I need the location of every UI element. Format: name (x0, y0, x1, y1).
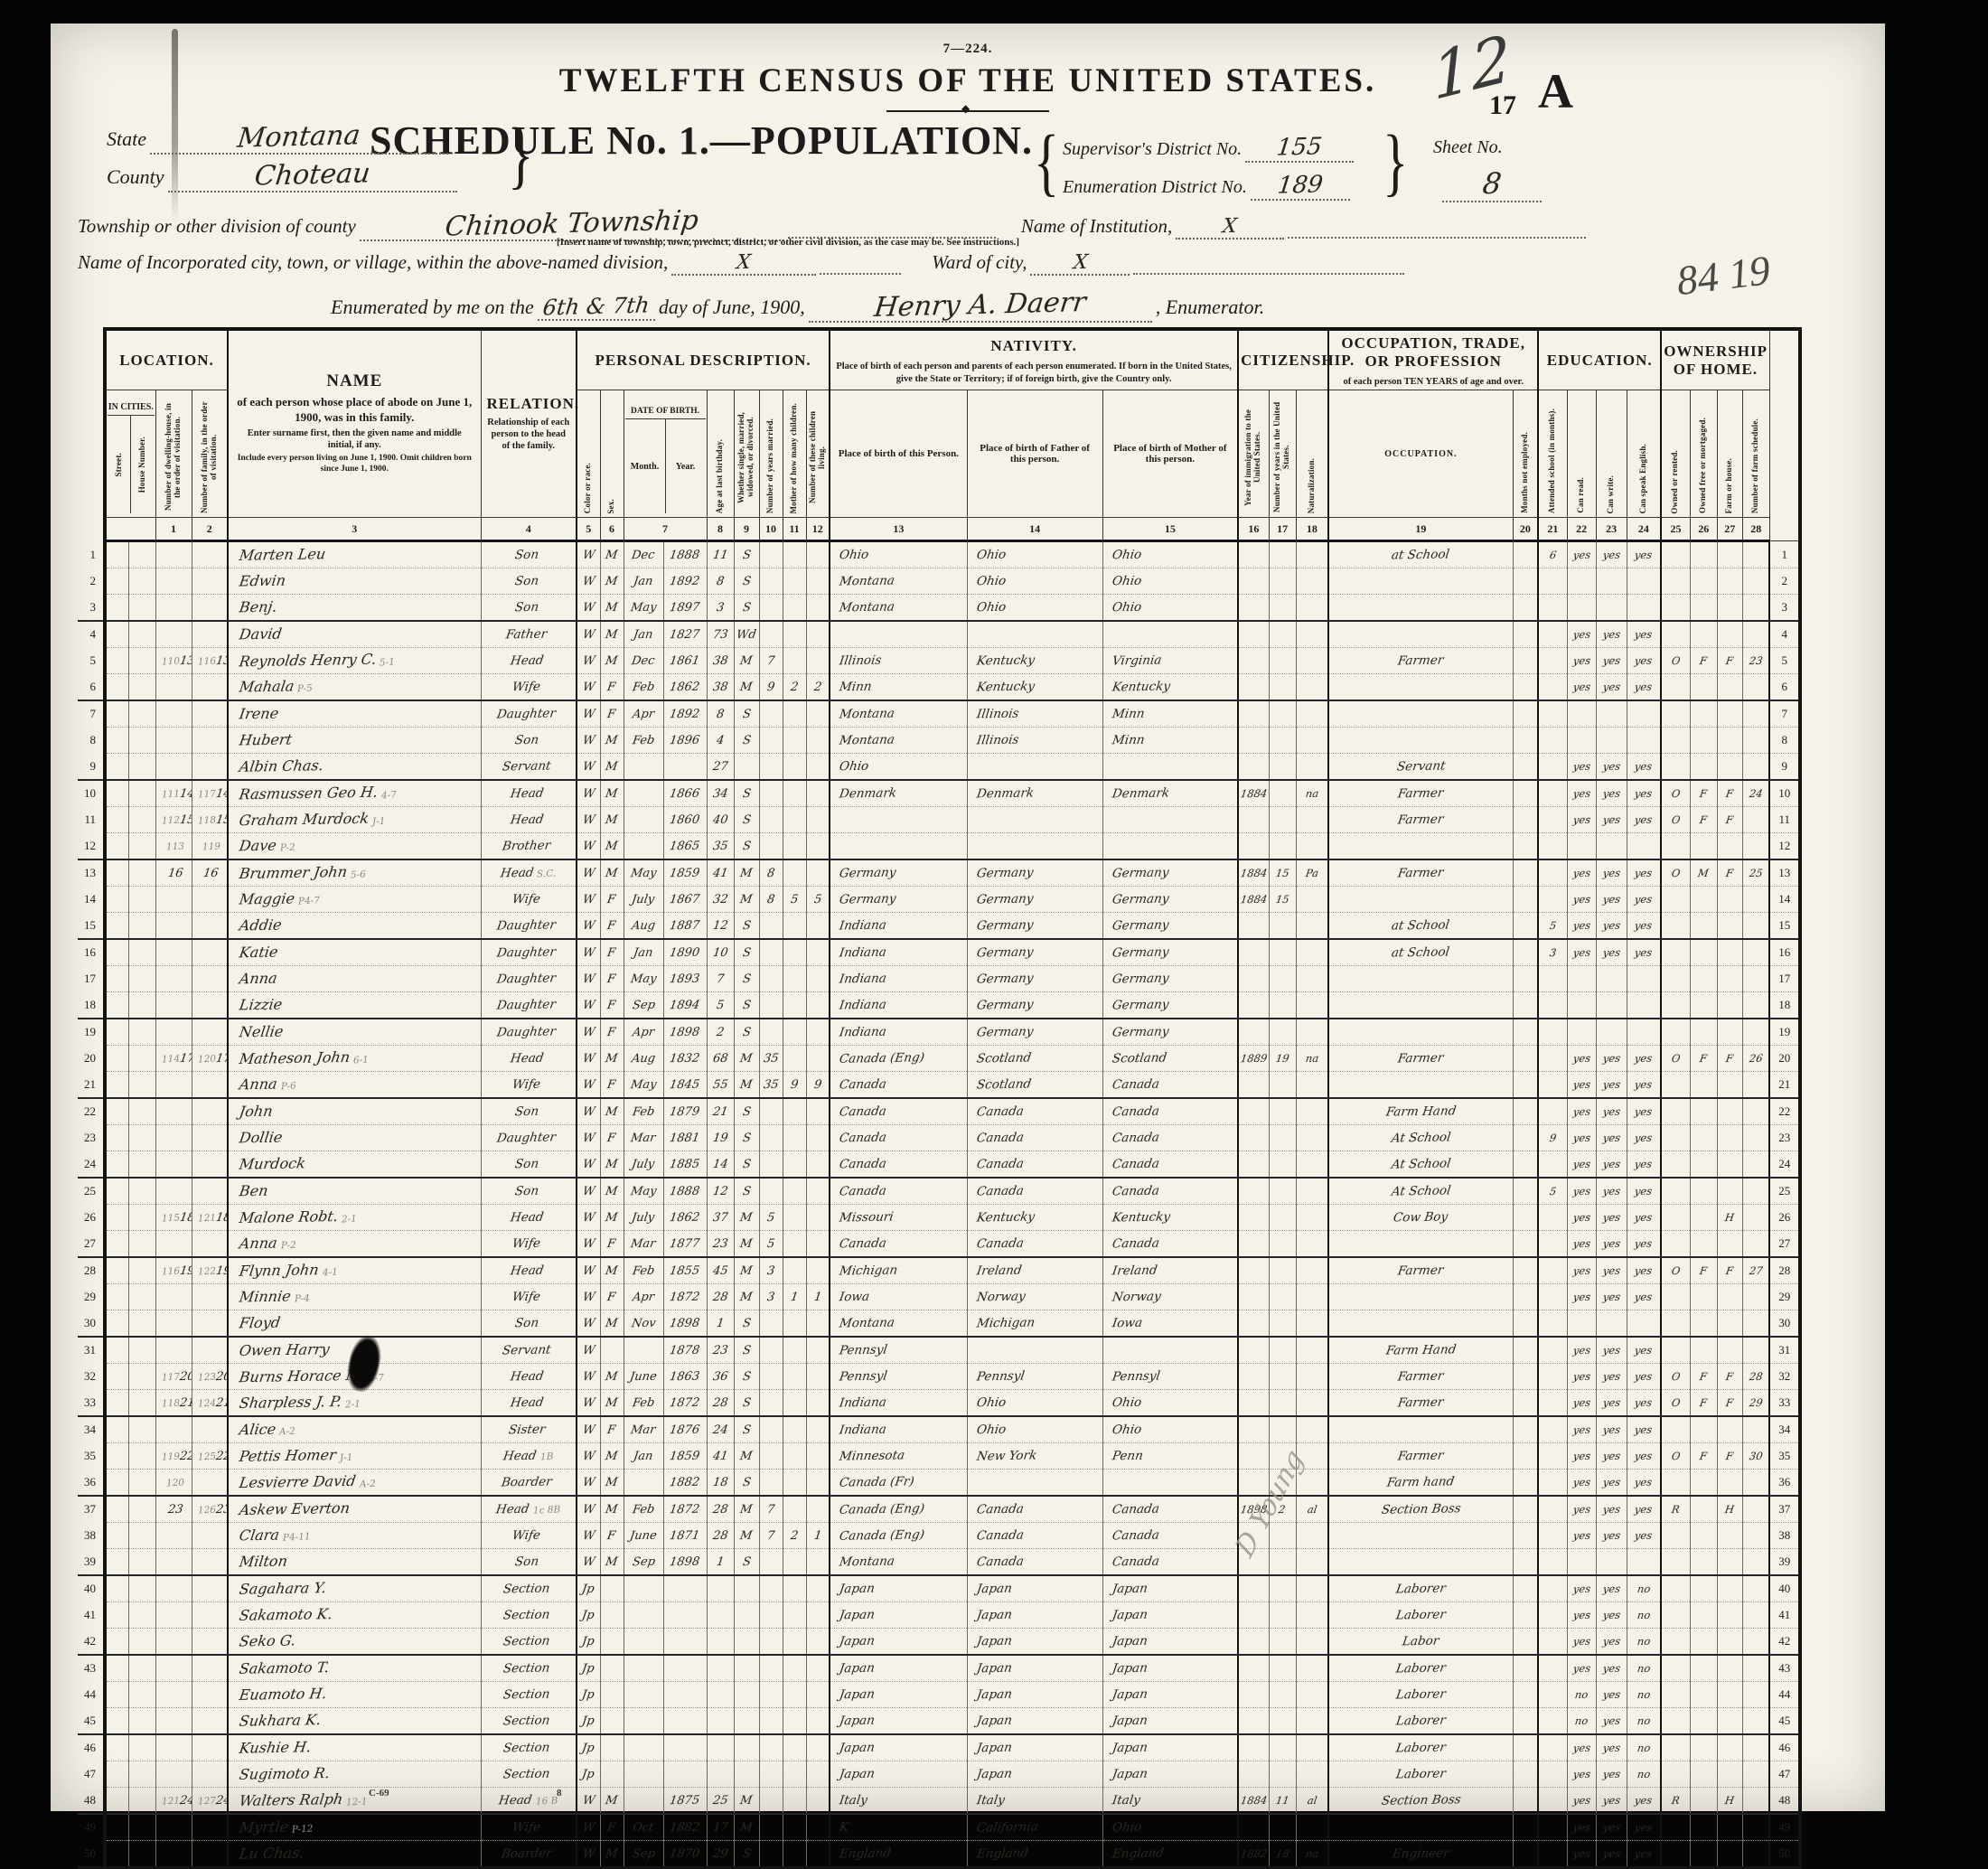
table-row: 18 Lizzie Daughter W F Sep 1894 5 S Indi… (78, 992, 1800, 1019)
cell-marital-status (734, 1682, 759, 1708)
cell-immigration-year (1238, 1151, 1269, 1179)
cell-color-race: W (577, 1841, 600, 1869)
cell-house-number (128, 728, 155, 754)
row-number-left: 18 (78, 992, 105, 1019)
cell-family-number (192, 1655, 228, 1682)
row-number-left: 1 (78, 541, 105, 568)
cell-house-number (128, 1364, 155, 1390)
cell-owned-rented (1661, 541, 1690, 568)
cell-mother-of-children (783, 1761, 806, 1788)
cell-birthplace-father: Japan (967, 1575, 1102, 1602)
cell-farm-house: F (1717, 1046, 1742, 1072)
cell-birth-month: Aug (624, 1046, 663, 1072)
cell-dwelling-number (155, 1125, 192, 1151)
cell-farm-house (1717, 1098, 1742, 1125)
cell-owned-free (1690, 1788, 1717, 1815)
cell-years-married (759, 1629, 783, 1656)
cell-farm-schedule (1742, 1734, 1769, 1761)
census-rows: 1 Marten Leu Son W M Dec 1888 11 S Ohio … (78, 541, 1800, 1869)
cell-months-not-employed (1513, 754, 1538, 781)
cell-family-number (192, 1019, 228, 1046)
cell-marital-status: S (734, 568, 759, 595)
cell-can-read: yes (1567, 1734, 1596, 1761)
corner-blank (78, 329, 105, 390)
cell-occupation: Farmer (1328, 1257, 1513, 1284)
cell-birthplace-person: Indiana (830, 1416, 967, 1443)
cell-immigration-year (1238, 621, 1269, 648)
cell-occupation: Laborer (1328, 1708, 1513, 1735)
cell-can-speak-english: no (1627, 1655, 1661, 1682)
sheet-no-label: Sheet No. (1433, 137, 1503, 158)
row-number-right: 29 (1769, 1284, 1800, 1310)
cell-street (105, 1496, 128, 1523)
cell-years-married: 8 (759, 887, 783, 913)
cell-marital-status: M (734, 648, 759, 674)
cell-color-race: W (577, 1788, 600, 1815)
cell-birthplace-mother: Japan (1102, 1602, 1238, 1629)
cell-color-race: Jp (577, 1734, 600, 1761)
cell-sex: M (600, 1496, 624, 1523)
cell-marital-status (734, 1575, 759, 1602)
cell-birthplace-person: Ohio (830, 541, 967, 568)
cell-occupation: Farmer (1328, 807, 1513, 833)
table-row: 8 Hubert Son W M Feb 1896 4 S Montana Il… (78, 728, 1800, 754)
cell-can-read: yes (1567, 1284, 1596, 1310)
table-row: 42 Seko G. Section Jp Japan Japan Japan (78, 1629, 1800, 1656)
cell-children-living (806, 1470, 830, 1497)
row-number-right: 5 (1769, 648, 1800, 674)
cell-birthplace-father (967, 1337, 1102, 1364)
cell-mother-of-children (783, 807, 806, 833)
cell-birthplace-mother: Germany (1102, 913, 1238, 940)
cell-can-speak-english: yes (1627, 1125, 1661, 1151)
cell-years-married (759, 1470, 783, 1497)
cell-age: 10 (707, 939, 734, 966)
cell-relation: Sister (481, 1416, 577, 1443)
cell-birth-month: Mar (624, 1416, 663, 1443)
cell-birth-month: May (624, 859, 663, 887)
cell-owned-free (1690, 1310, 1717, 1338)
cell-birthplace-person: Japan (830, 1602, 967, 1629)
cell-attended-school (1538, 1257, 1567, 1284)
cell-sex (600, 1708, 624, 1735)
cell-color-race: W (577, 859, 600, 887)
cell-years-married (759, 1178, 783, 1205)
cell-birthplace-father: Ohio (967, 1390, 1102, 1417)
cell-birth-year: 1882 (663, 1814, 707, 1841)
cell-immigration-year (1238, 966, 1269, 992)
cell-immigration-year (1238, 648, 1269, 674)
cell-birth-year: 1892 (663, 700, 707, 728)
table-row: 25 Ben Son W M May 1888 12 S Canada Cana… (78, 1178, 1800, 1205)
group-education: EDUCATION. (1538, 329, 1661, 390)
cell-naturalization (1296, 1761, 1328, 1788)
cell-age: 25 (707, 1788, 734, 1815)
cell-can-speak-english: yes (1627, 1284, 1661, 1310)
cell-age: 24 (707, 1416, 734, 1443)
cell-birthplace-person: Japan (830, 1629, 967, 1656)
row-number-left: 8 (78, 728, 105, 754)
cell-owned-free (1690, 1231, 1717, 1258)
cell-owned-rented (1661, 1310, 1690, 1338)
cell-birth-year (663, 1575, 707, 1602)
cell-years-in-us (1269, 1390, 1296, 1417)
cell-attended-school (1538, 1151, 1567, 1179)
cell-dwelling-number: 11013 (155, 648, 192, 674)
cell-immigration-year (1238, 1416, 1269, 1443)
cell-mother-of-children (783, 1364, 806, 1390)
cell-farm-schedule (1742, 1151, 1769, 1179)
cell-occupation (1328, 1549, 1513, 1576)
col-mother-of-children: Mother of how many children. (783, 390, 806, 518)
cell-family-number: 11613 (192, 648, 228, 674)
cell-immigration-year (1238, 1310, 1269, 1338)
cell-house-number (128, 1151, 155, 1179)
cell-house-number (128, 913, 155, 940)
cell-birthplace-person: Canada (830, 1231, 967, 1258)
cell-months-not-employed (1513, 1072, 1538, 1099)
cell-farm-house (1717, 1708, 1742, 1735)
cell-age: 11 (707, 541, 734, 568)
table-row: 36 120 Lesvierre DavidA-2 Boarder W M 18… (78, 1470, 1800, 1497)
cell-street (105, 1682, 128, 1708)
row-number-right: 37 (1769, 1496, 1800, 1523)
cell-immigration-year (1238, 674, 1269, 701)
cell-marital-status: S (734, 1151, 759, 1179)
cell-farm-house (1717, 1734, 1742, 1761)
cell-name: Irene (228, 700, 481, 728)
cell-color-race: W (577, 700, 600, 728)
cell-family-number: 16 (192, 859, 228, 887)
cell-birth-year: 1845 (663, 1072, 707, 1099)
cell-immigration-year (1238, 1178, 1269, 1205)
cell-birthplace-person: Canada (Eng) (830, 1523, 967, 1549)
cell-birthplace-mother: Germany (1102, 859, 1238, 887)
col-can-write: Can write. (1596, 390, 1627, 518)
cell-sex: M (600, 1549, 624, 1576)
cell-naturalization (1296, 1072, 1328, 1099)
cell-family-number (192, 1814, 228, 1841)
cell-age (707, 1682, 734, 1708)
cell-farm-house (1717, 966, 1742, 992)
cell-birthplace-person: Canada (830, 1151, 967, 1179)
cell-owned-rented (1661, 992, 1690, 1019)
cell-months-not-employed (1513, 1416, 1538, 1443)
col-birthplace-father: Place of birth of Father of this person. (967, 390, 1102, 518)
cell-occupation (1328, 1416, 1513, 1443)
cell-relation: Wife (481, 887, 577, 913)
cell-can-read (1567, 992, 1596, 1019)
cell-naturalization (1296, 568, 1328, 595)
cell-age: 14 (707, 1151, 734, 1179)
cell-naturalization (1296, 1708, 1328, 1735)
cell-owned-rented (1661, 1284, 1690, 1310)
cell-can-write: yes (1596, 1284, 1627, 1310)
district-brace-right: } (1383, 125, 1408, 201)
row-number-right: 22 (1769, 1098, 1800, 1125)
cell-immigration-year (1238, 1629, 1269, 1656)
cell-can-read: yes (1567, 1629, 1596, 1656)
cell-naturalization (1296, 1523, 1328, 1549)
cell-relation: Servant (481, 1337, 577, 1364)
cell-children-living (806, 1310, 830, 1338)
cell-street (105, 754, 128, 781)
cell-age (707, 1734, 734, 1761)
cell-sex: M (600, 568, 624, 595)
cell-naturalization (1296, 754, 1328, 781)
cell-family-number (192, 621, 228, 648)
cell-birth-year (663, 1602, 707, 1629)
cell-months-not-employed (1513, 568, 1538, 595)
cell-can-read: yes (1567, 1814, 1596, 1841)
cell-dwelling-number (155, 913, 192, 940)
cell-marital-status: S (734, 913, 759, 940)
cell-name: Kushie H. (228, 1734, 481, 1761)
cell-name: Dollie (228, 1125, 481, 1151)
cell-can-read (1567, 700, 1596, 728)
cell-children-living (806, 1629, 830, 1656)
cell-birthplace-person: Minn (830, 674, 967, 701)
cell-street (105, 833, 128, 860)
cell-occupation: Farmer (1328, 1364, 1513, 1390)
col-in-cities: IN CITIES. Street. House Number. (105, 390, 155, 518)
cell-children-living: 5 (806, 887, 830, 913)
cell-dwelling-number (155, 1178, 192, 1205)
cell-can-write: yes (1596, 913, 1627, 940)
cell-birth-month: Feb (624, 728, 663, 754)
row-number-left: 34 (78, 1416, 105, 1443)
cell-birth-year: 1894 (663, 992, 707, 1019)
cell-sex: F (600, 1284, 624, 1310)
cell-name: MaggieP4-7 (228, 887, 481, 913)
cell-birth-month: July (624, 1151, 663, 1179)
cell-mother-of-children (783, 1655, 806, 1682)
cell-birthplace-father (967, 1470, 1102, 1497)
cell-birth-month: Mar (624, 1231, 663, 1258)
cell-house-number (128, 1575, 155, 1602)
cell-attended-school: 9 (1538, 1125, 1567, 1151)
cell-attended-school (1538, 1443, 1567, 1470)
cell-dwelling-number (155, 1231, 192, 1258)
cell-can-read: yes (1567, 754, 1596, 781)
cell-house-number (128, 1734, 155, 1761)
cell-birth-month: Dec (624, 648, 663, 674)
table-row: 1 Marten Leu Son W M Dec 1888 11 S Ohio … (78, 541, 1800, 568)
cell-can-speak-english (1627, 595, 1661, 622)
cell-birth-month: May (624, 1072, 663, 1099)
cell-age: 27 (707, 754, 734, 781)
cell-name: Euamoto H. (228, 1682, 481, 1708)
cell-birth-year (663, 1734, 707, 1761)
cell-years-in-us (1269, 1098, 1296, 1125)
cell-occupation (1328, 1523, 1513, 1549)
cell-street (105, 595, 128, 622)
cell-attended-school (1538, 1629, 1567, 1656)
cell-birthplace-person: Iowa (830, 1284, 967, 1310)
row-number-left: 6 (78, 674, 105, 701)
cell-sex: F (600, 966, 624, 992)
cell-mother-of-children (783, 859, 806, 887)
cell-birth-month: June (624, 1364, 663, 1390)
table-row: 47 Sugimoto R. Section Jp Japan Japan Ja… (78, 1761, 1800, 1788)
cell-street (105, 1310, 128, 1338)
cell-can-speak-english: yes (1627, 913, 1661, 940)
cell-years-married (759, 568, 783, 595)
cell-attended-school (1538, 1364, 1567, 1390)
cell-occupation (1328, 887, 1513, 913)
cell-farm-house (1717, 1602, 1742, 1629)
table-row: 30 Floyd Son W M Nov 1898 1 S Montana Mi… (78, 1310, 1800, 1338)
cell-birth-year: 1879 (663, 1098, 707, 1125)
cell-months-not-employed (1513, 700, 1538, 728)
cell-relation: Section (481, 1734, 577, 1761)
cell-birth-month (624, 807, 663, 833)
cell-dwelling-number (155, 887, 192, 913)
cell-sex: M (600, 1046, 624, 1072)
cell-relation: Head (481, 1046, 577, 1072)
cell-farm-schedule: 27 (1742, 1257, 1769, 1284)
cell-color-race: W (577, 1364, 600, 1390)
cell-birthplace-father: Denmark (967, 780, 1102, 807)
cell-owned-rented: O (1661, 1364, 1690, 1390)
cell-occupation: Laborer (1328, 1682, 1513, 1708)
institution-label: Name of Institution, (1021, 215, 1172, 237)
cell-sex: F (600, 887, 624, 913)
cell-mother-of-children (783, 1788, 806, 1815)
row-number-left: 22 (78, 1098, 105, 1125)
cell-owned-free: F (1690, 648, 1717, 674)
cell-marital-status: S (734, 1098, 759, 1125)
cell-occupation: Farm Hand (1328, 1098, 1513, 1125)
row-number-right: 3 (1769, 595, 1800, 622)
cell-can-write: yes (1596, 1125, 1627, 1151)
cell-owned-rented (1661, 754, 1690, 781)
cell-house-number (128, 621, 155, 648)
cell-street (105, 1523, 128, 1549)
cell-family-number (192, 1629, 228, 1656)
cell-can-write: yes (1596, 1151, 1627, 1179)
cell-owned-free: F (1690, 807, 1717, 833)
cell-owned-rented (1661, 1814, 1690, 1841)
cell-farm-schedule (1742, 1231, 1769, 1258)
cell-can-speak-english: yes (1627, 1178, 1661, 1205)
cell-birth-year: 1867 (663, 887, 707, 913)
cell-mother-of-children (783, 833, 806, 860)
cell-street (105, 1019, 128, 1046)
cell-birth-year: 1862 (663, 1205, 707, 1231)
cell-can-speak-english: yes (1627, 1231, 1661, 1258)
cell-farm-house (1717, 887, 1742, 913)
cell-marital-status: S (734, 1549, 759, 1576)
cell-mother-of-children (783, 648, 806, 674)
cell-months-not-employed (1513, 595, 1538, 622)
cell-marital-status: M (734, 1072, 759, 1099)
cell-months-not-employed (1513, 1655, 1538, 1682)
cell-color-race: W (577, 1125, 600, 1151)
cell-birthplace-person: Michigan (830, 1257, 967, 1284)
cell-relation: Servant (481, 754, 577, 781)
cell-dwelling-number (155, 700, 192, 728)
cell-birthplace-father: Germany (967, 859, 1102, 887)
cell-relation: Wife (481, 1072, 577, 1099)
row-number-left: 42 (78, 1629, 105, 1656)
table-row: 20 11417 12017 Matheson John6-1 Head W M… (78, 1046, 1800, 1072)
state-county-brace: } (508, 117, 533, 193)
cell-can-speak-english (1627, 833, 1661, 860)
cell-name: ClaraP4-11 (228, 1523, 481, 1549)
cell-can-speak-english: yes (1627, 1390, 1661, 1417)
district-brace-left: { (1034, 125, 1059, 201)
cell-naturalization (1296, 1337, 1328, 1364)
cell-can-speak-english: no (1627, 1602, 1661, 1629)
cell-naturalization (1296, 1655, 1328, 1682)
cell-years-in-us (1269, 1549, 1296, 1576)
cell-attended-school (1538, 859, 1567, 887)
state-value: Montana (236, 119, 362, 155)
cell-occupation (1328, 674, 1513, 701)
cell-can-write (1596, 1019, 1627, 1046)
cell-years-in-us (1269, 621, 1296, 648)
cell-attended-school (1538, 1655, 1567, 1682)
cell-house-number (128, 1416, 155, 1443)
cell-farm-house: F (1717, 807, 1742, 833)
cell-relation: Father (481, 621, 577, 648)
col-birthplace-mother: Place of birth of Mother of this person. (1102, 390, 1238, 518)
cell-farm-schedule: 28 (1742, 1364, 1769, 1390)
county-label: County (107, 165, 164, 188)
row-number-left: 29 (78, 1284, 105, 1310)
cell-sex: M (600, 859, 624, 887)
cell-marital-status: S (734, 939, 759, 966)
cell-marital-status: M (734, 1814, 759, 1841)
col-can-speak-english: Can speak English. (1627, 390, 1661, 518)
cell-years-in-us (1269, 1682, 1296, 1708)
cell-name: Seko G. (228, 1629, 481, 1656)
cell-relation: Son (481, 1310, 577, 1338)
row-number-left: 2 (78, 568, 105, 595)
cell-months-not-employed (1513, 1682, 1538, 1708)
cell-birth-year: 1872 (663, 1496, 707, 1523)
cell-can-speak-english: no (1627, 1629, 1661, 1656)
cell-occupation: Section Boss (1328, 1788, 1513, 1815)
cell-immigration-year (1238, 913, 1269, 940)
table-row: 29 MinnieP-4 Wife W F Apr 1872 28 M 3 1 … (78, 1284, 1800, 1310)
cell-sex: F (600, 700, 624, 728)
cell-street (105, 1629, 128, 1656)
cell-dwelling-number (155, 568, 192, 595)
cell-farm-schedule (1742, 939, 1769, 966)
row-number-left: 46 (78, 1734, 105, 1761)
cell-attended-school (1538, 887, 1567, 913)
row-number-left: 20 (78, 1046, 105, 1072)
cell-marital-status: M (734, 1523, 759, 1549)
cell-birthplace-father: Japan (967, 1655, 1102, 1682)
township-note: [Insert name of township, town, precinct… (557, 237, 1019, 248)
cell-birth-month (624, 754, 663, 781)
cell-years-in-us (1269, 754, 1296, 781)
row-number-right: 47 (1769, 1761, 1800, 1788)
cell-owned-rented (1661, 1019, 1690, 1046)
cell-marital-status: S (734, 728, 759, 754)
cell-immigration-year (1238, 1231, 1269, 1258)
cell-birthplace-mother: Canada (1102, 1098, 1238, 1125)
cell-relation: Son (481, 1549, 577, 1576)
corner-handwritten-numbers: 84 19 (1676, 245, 1772, 305)
cell-house-number (128, 1046, 155, 1072)
cell-name: Walters Ralph12-1 (228, 1788, 481, 1815)
col-years-married: Number of years married. (759, 390, 783, 518)
cell-children-living (806, 780, 830, 807)
